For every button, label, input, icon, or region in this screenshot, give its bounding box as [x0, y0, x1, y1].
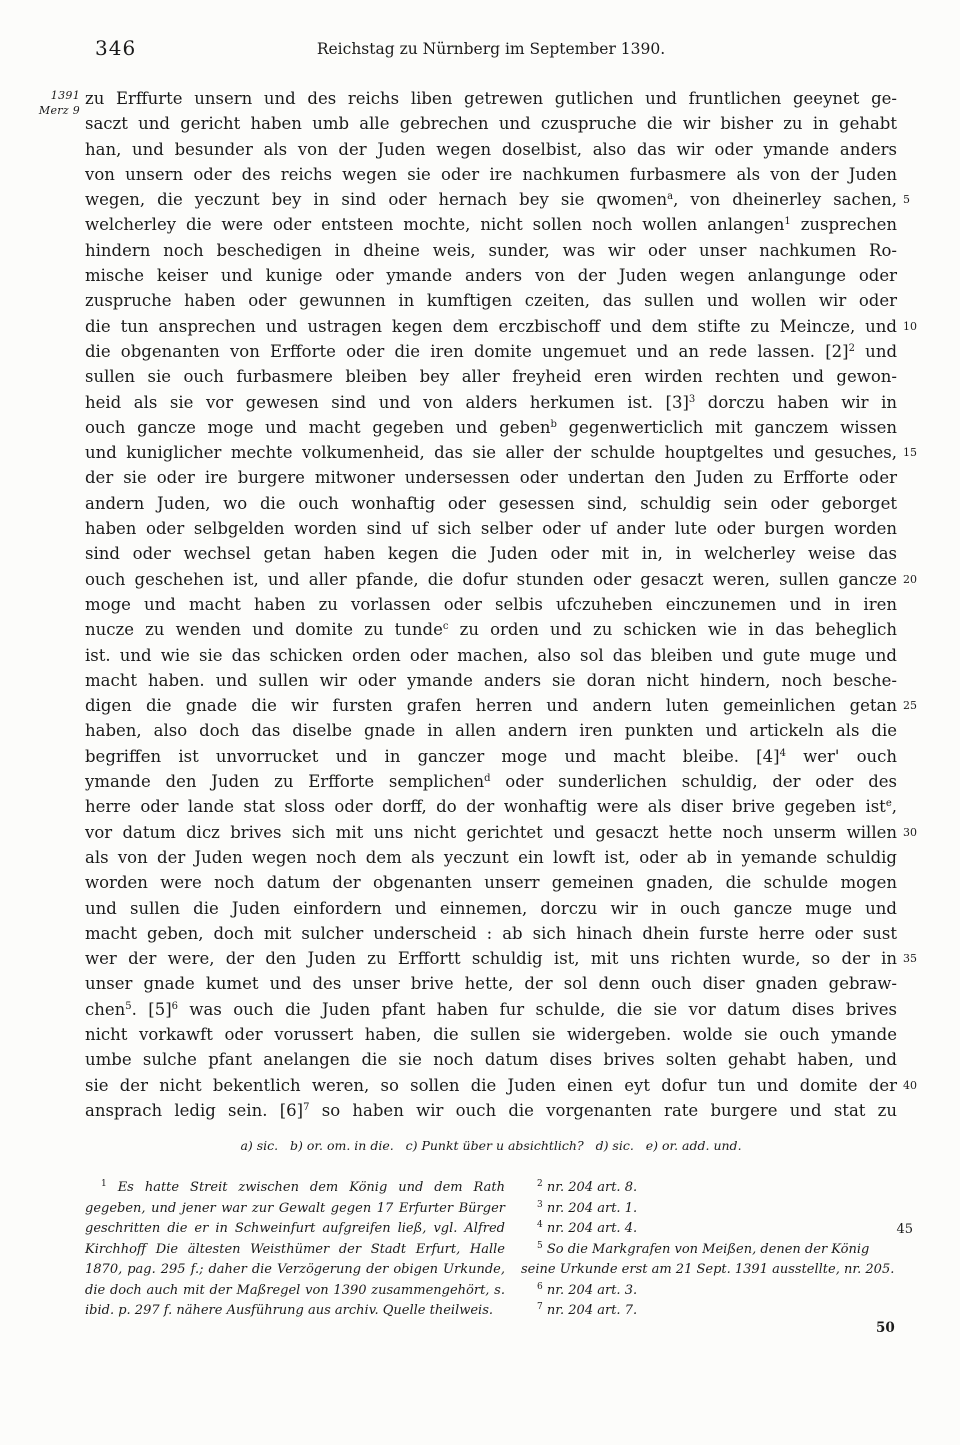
- text-line: macht geben, doch mit sulcher underschei…: [85, 921, 897, 946]
- line-number: 25: [903, 693, 931, 718]
- footnote-item: 4 nr. 204 art. 4.: [521, 1219, 897, 1240]
- footnote-item: 5 So die Markgrafen von Meißen, denen de…: [521, 1240, 897, 1281]
- text-line: haben, also doch das diselbe gnade in al…: [85, 718, 897, 743]
- text-line: vor datum dicz brives sich mit uns nicht…: [85, 820, 897, 845]
- margin-line-number: 45: [896, 1220, 913, 1241]
- text-line: der sie oder ire burgere mitwoner unders…: [85, 465, 897, 490]
- text-line: macht haben. und sullen wir oder ymande …: [85, 668, 897, 693]
- footnote-item: 3 nr. 204 art. 1.: [521, 1199, 897, 1220]
- footnotes: 1 Es hatte Streit zwischen dem König und…: [85, 1178, 897, 1322]
- text-line: saczt und gericht haben umb alle gebrech…: [85, 111, 897, 136]
- line-number: 15: [903, 440, 931, 465]
- page-header: 346 Reichstag zu Nürnberg im September 1…: [85, 36, 897, 62]
- text-line: moge und macht haben zu vorlassen oder s…: [85, 592, 897, 617]
- line-number: 20: [903, 567, 931, 592]
- text-line: als von der Juden wegen noch dem als yec…: [85, 845, 897, 870]
- footnote-item: 2 nr. 204 art. 8.: [521, 1178, 897, 1199]
- text-line: nicht vorkawft oder vorussert haben, die…: [85, 1022, 897, 1047]
- text-line: die tun ansprechen und ustragen kegen de…: [85, 314, 897, 339]
- text-line: sie der nicht bekentlich weren, so solle…: [85, 1073, 897, 1098]
- footnote-right-column: 2 nr. 204 art. 8.3 nr. 204 art. 1.4 nr. …: [521, 1178, 897, 1322]
- book-page: 346 Reichstag zu Nürnberg im September 1…: [0, 0, 960, 1445]
- text-line: sind oder wechsel getan haben kegen die …: [85, 541, 897, 566]
- text-line: nucze zu wenden und domite zu tundec zu …: [85, 617, 897, 642]
- margin-note-day: Merz 9: [18, 103, 80, 118]
- line-number: 30: [903, 820, 931, 845]
- text-line: digen die gnade die wir fursten grafen h…: [85, 693, 897, 718]
- body-text: zu Erffurte unsern und des reichs liben …: [85, 86, 897, 1123]
- text-line: ouch geschehen ist, und aller pfande, di…: [85, 567, 897, 592]
- text-line: chen5. [5]6 was ouch die Juden pfant hab…: [85, 997, 897, 1022]
- running-title: Reichstag zu Nürnberg im September 1390.: [85, 40, 897, 58]
- sheet-signature: 50: [876, 1320, 895, 1336]
- footnote-left-column: 1 Es hatte Streit zwischen dem König und…: [85, 1178, 505, 1322]
- line-number: 40: [903, 1073, 931, 1098]
- text-line: worden were noch datum der obgenanten un…: [85, 870, 897, 895]
- text-line: wer der were, der den Juden zu Erffortt …: [85, 946, 897, 971]
- text-line: wegen, die yeczunt bey in sind oder hern…: [85, 187, 897, 212]
- text-line: andern Juden, wo die ouch wonhaftig oder…: [85, 491, 897, 516]
- text-line: und kuniglicher mechte volkumenheid, das…: [85, 440, 897, 465]
- text-line: ist. und wie sie das schicken orden oder…: [85, 643, 897, 668]
- text-line: ouch gancze moge und macht gegeben und g…: [85, 415, 897, 440]
- text-line: sullen sie ouch furbasmere bleiben bey a…: [85, 364, 897, 389]
- text-line: und sullen die Juden einfordern und einn…: [85, 896, 897, 921]
- footnote-item: 7 nr. 204 art. 7.: [521, 1301, 897, 1322]
- text-line: begriffen ist unvorrucket und in ganczer…: [85, 744, 897, 769]
- footnote-item: 6 nr. 204 art. 3.: [521, 1281, 897, 1302]
- text-line: heid als sie vor gewesen sind und von al…: [85, 390, 897, 415]
- line-number: 5: [903, 187, 931, 212]
- text-line: unser gnade kumet und des unser brive he…: [85, 971, 897, 996]
- margin-note-year: 1391: [18, 88, 80, 103]
- footnote-item: 1 Es hatte Streit zwischen dem König und…: [85, 1178, 505, 1322]
- text-line: haben oder selbgelden worden sind uf sic…: [85, 516, 897, 541]
- text-line: umbe sulche pfant anelangen die sie noch…: [85, 1047, 897, 1072]
- text-line: han, und besunder als von der Juden wege…: [85, 137, 897, 162]
- text-line: die obgenanten von Erfforte oder die ire…: [85, 339, 897, 364]
- text-line: hindern noch beschedigen in dheine weis,…: [85, 238, 897, 263]
- date-margin-note: 1391 Merz 9: [18, 88, 80, 118]
- line-number: 10: [903, 314, 931, 339]
- text-line: mische keiser und kunige oder ymande and…: [85, 263, 897, 288]
- text-line: von unsern oder des reichs wegen sie ode…: [85, 162, 897, 187]
- text-line: ansprach ledig sein. [6]7 so haben wir o…: [85, 1098, 897, 1123]
- text-line: herre oder lande stat sloss oder dorff, …: [85, 794, 897, 819]
- text-line: zuspruche haben oder gewunnen in kumftig…: [85, 288, 897, 313]
- text-line: welcherley die were oder entsteen mochte…: [85, 212, 897, 237]
- text-line: zu Erffurte unsern und des reichs liben …: [85, 86, 897, 111]
- critical-apparatus: a) sic. b) or. om. in die. c) Punkt über…: [85, 1138, 897, 1153]
- line-number: 35: [903, 946, 931, 971]
- text-line: ymande den Juden zu Erfforte semplichend…: [85, 769, 897, 794]
